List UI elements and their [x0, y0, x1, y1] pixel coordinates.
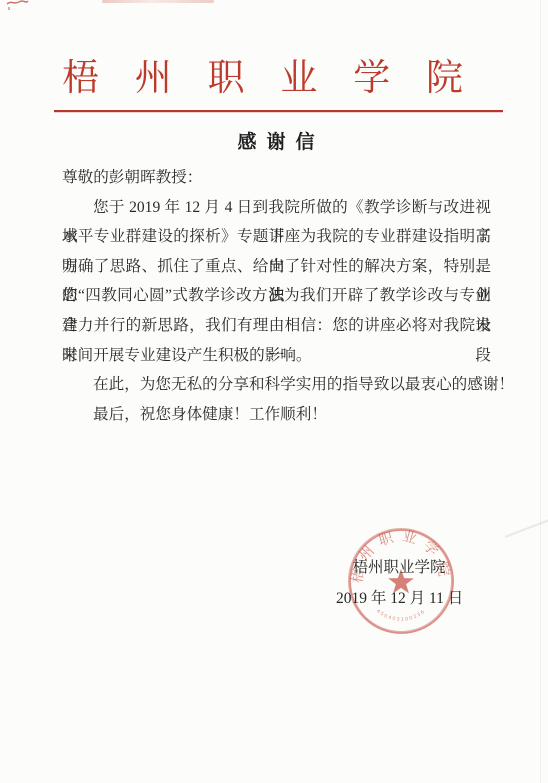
scan-artifact-speck	[8, 7, 10, 10]
scan-artifact-streak	[505, 518, 548, 538]
char: 业	[280, 60, 317, 98]
letter-body-line: 在此，为您无私的分享和科学实用的指导致以最衷心的感谢！	[62, 370, 491, 400]
char: 信	[296, 132, 315, 154]
official-seal: 梧州职业学院 450403100236	[346, 526, 456, 636]
char: 梧	[62, 60, 99, 98]
letter-body: 尊敬的彭朝晖教授：您于 2019 年 12 月 4 日到我院所做的《教学诊断与改…	[62, 163, 491, 429]
scan-artifact-red-scribble	[6, 0, 30, 6]
letter-body-line: 水平专业群建设的探析》专题讲座为我院的专业群建设指明了方向、	[62, 222, 491, 252]
signature-date: 2019 年 12 月 11 日	[336, 590, 462, 608]
letterhead-org-name: 梧州职业学院	[62, 60, 463, 98]
seal-code: 450403100236	[375, 608, 427, 622]
letter-title: 感谢信	[62, 132, 490, 154]
scan-artifact-red-smear	[102, 0, 214, 3]
letter-page: 梧州职业学院 感谢信 尊敬的彭朝晖教授：您于 2019 年 12 月 4 日到我…	[0, 0, 548, 783]
char: 谢	[266, 132, 285, 154]
page-edge-shadow	[540, 0, 541, 783]
letter-body-line: 尊敬的彭朝晖教授：	[62, 163, 491, 193]
letter-body-line: 的“四教同心圆”式教学诊改方法为我们开辟了教学诊改与专业建设	[62, 281, 491, 311]
char: 学	[353, 60, 390, 98]
letter-body-line: 明确了思路、抓住了重点、给出了针对性的解决方案，特别是您独创	[62, 252, 491, 282]
char: 职	[208, 60, 245, 98]
letterhead-rule-divider	[54, 110, 503, 112]
signature-org-name: 梧州职业学院	[339, 559, 459, 577]
char: 州	[135, 60, 172, 98]
char: 院	[426, 60, 463, 98]
letter-body-line: 最后，祝您身体健康！工作顺利！	[62, 400, 491, 430]
letter-body-line: 您于 2019 年 12 月 4 日到我院所做的《教学诊断与改进视域下高	[62, 193, 491, 223]
char: 感	[237, 132, 256, 154]
letter-body-line: 合力并行的新思路，我们有理由相信：您的讲座必将对我院未来一段	[62, 311, 491, 341]
